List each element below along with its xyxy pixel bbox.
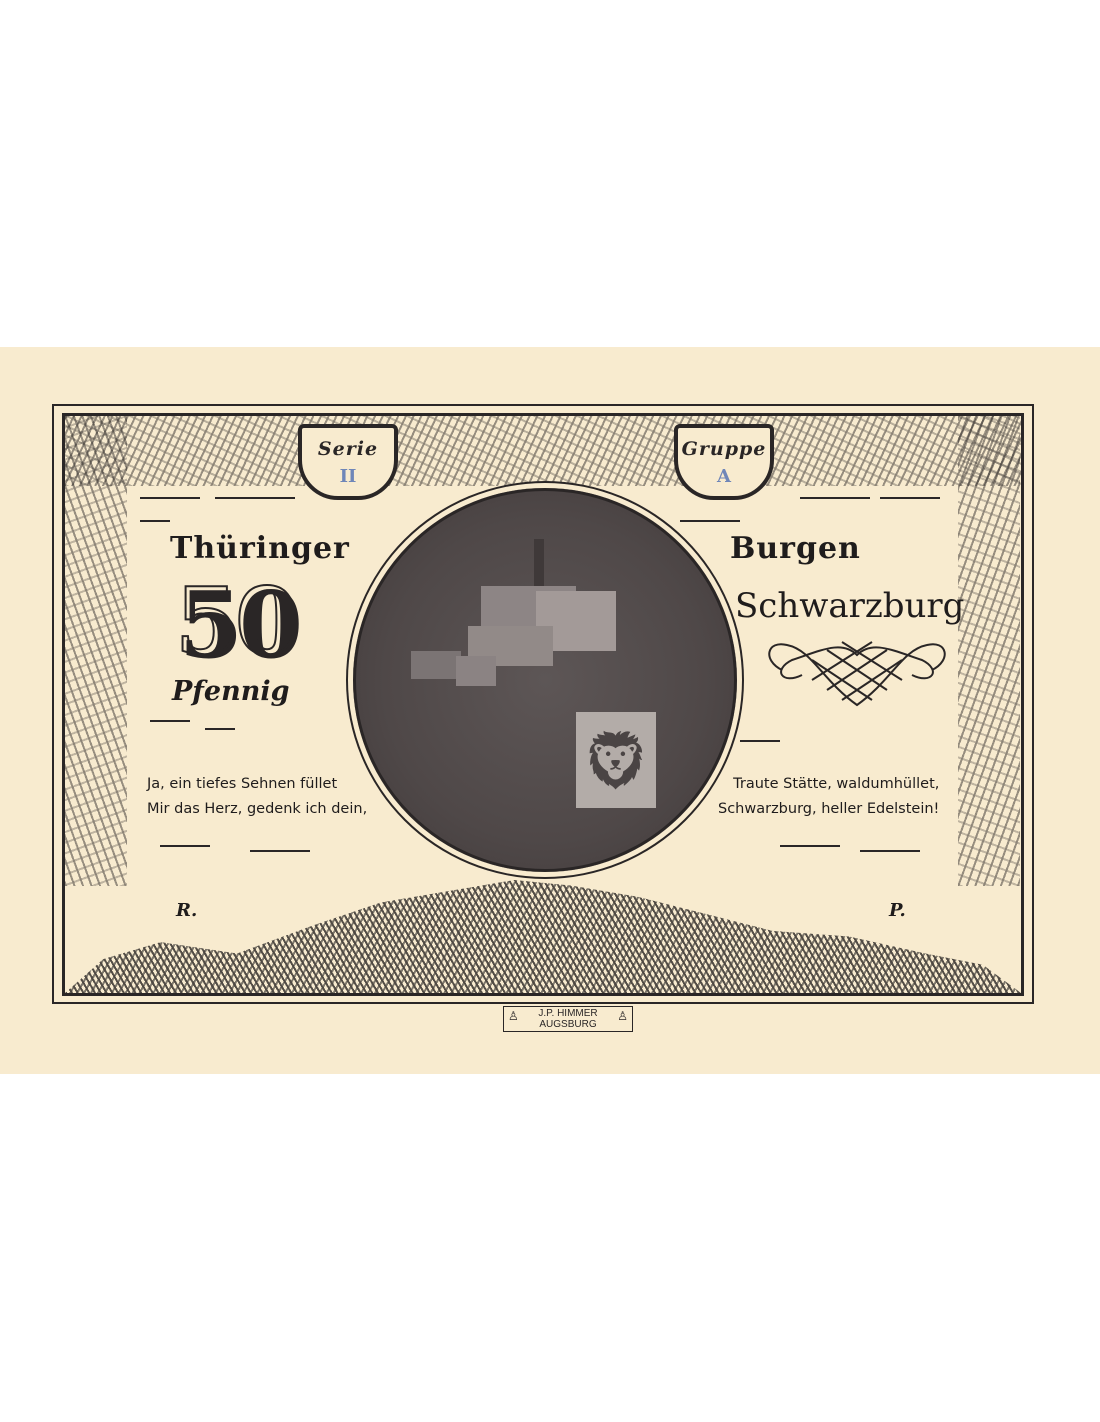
ornament-dash <box>740 740 780 742</box>
artist-initial-right: P. <box>889 900 906 921</box>
denomination-unit: Pfennig <box>172 676 290 707</box>
ornament-dash <box>880 497 940 499</box>
serie-value: II <box>302 466 394 487</box>
ornament-dash <box>780 845 840 847</box>
artist-initial-left: R. <box>176 900 197 921</box>
ornament-dash <box>250 850 310 852</box>
verse-line: Schwarzburg, heller Edelstein! <box>718 797 939 822</box>
verse-line: Traute Stätte, waldumhüllet, <box>718 772 939 797</box>
printer-city: AUGSBURG <box>504 1019 632 1030</box>
ornament-dash <box>800 497 870 499</box>
ornament-dash <box>215 497 295 499</box>
ornament-dash <box>860 850 920 852</box>
castle-medallion: 🦁︎ <box>353 488 737 872</box>
place-name: Schwarzburg <box>735 586 964 626</box>
castle-spire <box>534 539 544 591</box>
oak-leaf-border-top <box>65 416 1021 486</box>
ornament-dash <box>160 845 210 847</box>
ink-roller-icon: ♙ <box>617 1011 628 1022</box>
ink-roller-icon: ♙ <box>508 1011 519 1022</box>
verse-line: Ja, ein tiefes Sehnen füllet <box>147 772 367 797</box>
gruppe-label: Gruppe <box>678 438 770 460</box>
title-burgen: Burgen <box>730 531 861 566</box>
verse-left: Ja, ein tiefes Sehnen füllet Mir das Her… <box>147 772 367 822</box>
ornament-dash <box>140 497 200 499</box>
serie-label: Serie <box>302 438 394 460</box>
oak-leaf-border-right <box>958 416 1020 886</box>
calligraphic-flourish <box>762 630 952 715</box>
ornament-dash <box>140 520 170 522</box>
printer-name: J.P. HIMMER <box>504 1008 632 1019</box>
ornament-dash <box>680 520 740 522</box>
castle-building <box>456 656 496 686</box>
printer-imprint: ♙ J.P. HIMMER AUGSBURG ♙ <box>503 1006 633 1032</box>
ornament-dash <box>205 728 235 730</box>
verse-right: Traute Stätte, waldumhüllet, Schwarzburg… <box>718 772 939 822</box>
title-thueringer: Thüringer <box>170 531 350 566</box>
gruppe-value: A <box>678 466 770 487</box>
denomination-value: 50 <box>175 575 295 667</box>
ornament-dash <box>150 720 190 722</box>
lion-icon: 🦁︎ <box>576 712 656 808</box>
castle-building <box>411 651 461 679</box>
serie-shield: Serie II <box>298 424 398 500</box>
verse-line: Mir das Herz, gedenk ich dein, <box>147 797 367 822</box>
oak-leaf-border-left <box>65 416 127 886</box>
gruppe-shield: Gruppe A <box>674 424 774 500</box>
